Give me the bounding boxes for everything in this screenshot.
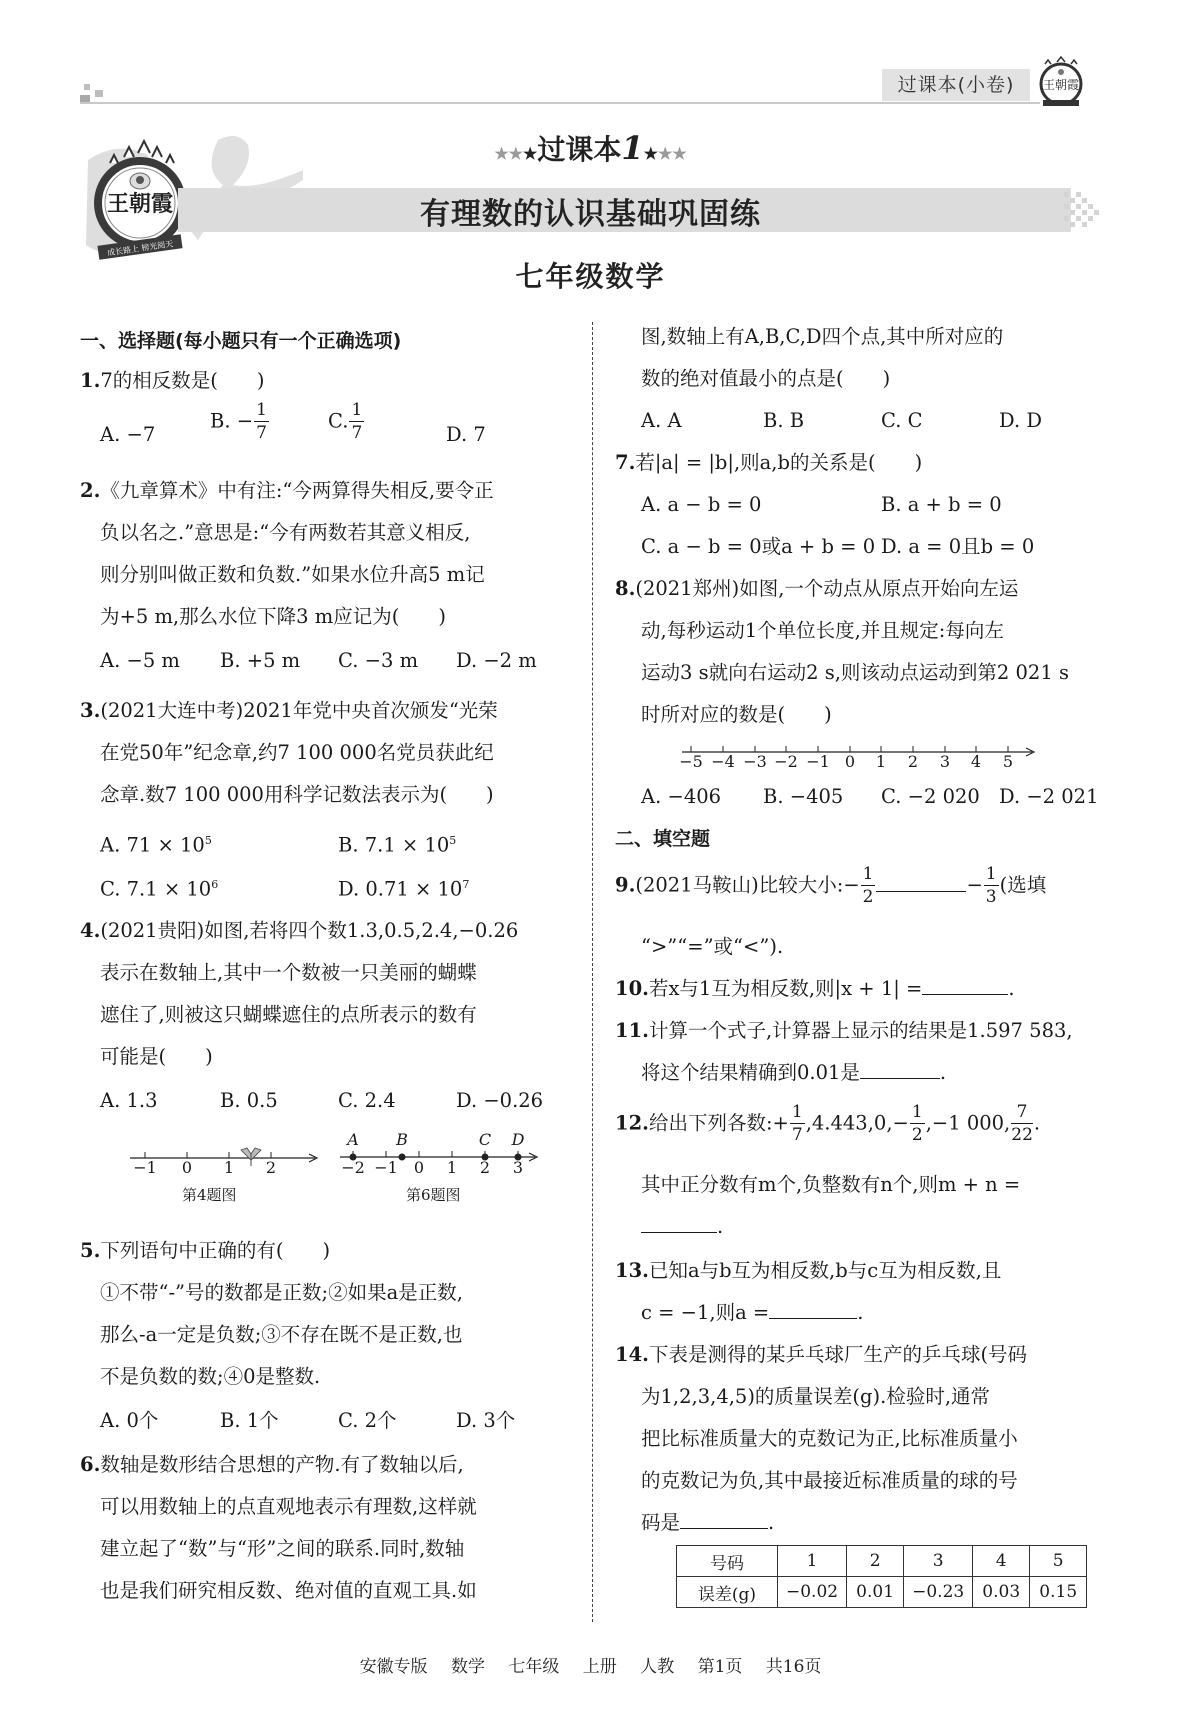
figure-caption: 第4题图 xyxy=(182,1184,237,1205)
series-tag: 过课本(小卷) xyxy=(882,69,1030,101)
header-rule xyxy=(80,102,1040,104)
question-text-line: “>”“=”或“<”). xyxy=(641,926,783,968)
question-6: 6.数轴是数形结合思想的产物.有了数轴以后, xyxy=(80,1444,464,1486)
option-b: B. 7.1 × 105 xyxy=(338,820,456,867)
question-text-line: 负以名之.”意思是:“今有两数若其意义相反, xyxy=(100,512,470,554)
table-cell: 0.03 xyxy=(973,1577,1030,1608)
tick-label: 2 xyxy=(470,1158,500,1177)
question-text-line: 码是. xyxy=(641,1502,774,1544)
option-c: C. 2.4 xyxy=(338,1080,396,1122)
kicker-number: 1 xyxy=(621,129,643,167)
question-13: 13.已知a与b互为相反数,b与c互为相反数,且 xyxy=(615,1250,1001,1292)
decor-square xyxy=(84,84,90,90)
option-d: D. a = 0且b = 0 xyxy=(881,526,1034,568)
table-cell: −0.23 xyxy=(904,1577,973,1608)
question-1: 1.7的相反数是( ) xyxy=(80,360,264,402)
option-b: B. a + b = 0 xyxy=(881,484,1002,526)
question-text-line: 可能是( ) xyxy=(100,1036,213,1078)
tick-label: 5 xyxy=(993,752,1023,771)
tick-label: 1 xyxy=(214,1158,244,1177)
table-cell: 0.01 xyxy=(847,1577,904,1608)
tick-label: 0 xyxy=(172,1158,202,1177)
tick-label: −2 xyxy=(771,752,801,771)
option-d: D. −2 m xyxy=(456,640,537,682)
question-8: 8.(2021郑州)如图,一个动点从原点开始向左运 xyxy=(615,568,1018,610)
option-c: C. −3 m xyxy=(338,640,418,682)
question-text-line: 数的绝对值最小的点是( ) xyxy=(641,358,890,400)
option-a: A. −406 xyxy=(641,776,721,818)
question-text-line: 图,数轴上有A,B,C,D四个点,其中所对应的 xyxy=(641,316,1003,358)
table-cell: 5 xyxy=(1030,1546,1087,1577)
page-title: 有理数的认识基础巩固练 xyxy=(0,189,1181,233)
option-b: B. 0.5 xyxy=(220,1080,278,1122)
question-text: 7的相反数是( ) xyxy=(100,369,264,392)
option-a: A. 1.3 xyxy=(100,1080,158,1122)
section-title-choice: 一、选择题(每小题只有一个正确选项) xyxy=(80,320,401,362)
star-icon: ★ xyxy=(523,144,537,163)
question-3: 3.(2021大连中考)2021年党中央首次颁发“光荣 xyxy=(80,690,498,732)
question-number: 1. xyxy=(80,369,100,392)
table-cell: 1 xyxy=(778,1546,847,1577)
tick-label: −1 xyxy=(371,1158,401,1177)
question-text-line: 为+5 m,那么水位下降3 m应记为( ) xyxy=(100,596,446,638)
answer-blank[interactable] xyxy=(769,1300,857,1319)
question-text-line: 时所对应的数是( ) xyxy=(641,694,832,736)
option-d: D. 0.71 × 107 xyxy=(338,864,469,911)
tick-label: 2 xyxy=(256,1158,286,1177)
option-a: A. a − b = 0 xyxy=(641,484,761,526)
answer-blank[interactable] xyxy=(860,1060,940,1079)
tick-label: 4 xyxy=(961,752,991,771)
option-d: D. −0.26 xyxy=(456,1080,543,1122)
table-row: 误差(g) −0.02 0.01 −0.23 0.03 0.15 xyxy=(677,1577,1087,1608)
question-text-line: 把比标准质量大的克数记为正,比标准质量小 xyxy=(641,1418,1018,1460)
question-2: 2.《九章算术》中有注:“今两算得失相反,要令正 xyxy=(80,470,494,512)
tick-label: −3 xyxy=(740,752,770,771)
answer-blank[interactable] xyxy=(680,1510,768,1529)
question-text-line: 那么-a一定是负数;③不存在既不是正数,也 xyxy=(100,1314,462,1356)
table-cell: −0.02 xyxy=(778,1577,847,1608)
option-c: C. C xyxy=(881,400,923,442)
answer-blank[interactable] xyxy=(641,1214,717,1233)
option-a: A. A xyxy=(641,400,682,442)
table-header-row: 号码 1 2 3 4 5 xyxy=(677,1546,1087,1577)
option-b: B. −17 xyxy=(210,402,270,442)
option-c: C. a − b = 0或a + b = 0 xyxy=(641,526,875,568)
tick-label: −4 xyxy=(708,752,738,771)
option-b: B. −405 xyxy=(763,776,843,818)
error-table: 号码 1 2 3 4 5 误差(g) −0.02 0.01 −0.23 0.03… xyxy=(676,1545,1087,1608)
table-cell: 误差(g) xyxy=(677,1577,778,1608)
question-text-line: 将这个结果精确到0.01是. xyxy=(641,1052,946,1094)
option-c: C.17 xyxy=(328,402,365,442)
option-d: D. −2 021 xyxy=(999,776,1099,818)
tick-label: 1 xyxy=(866,752,896,771)
question-text-line: 遮住了,则被这只蝴蝶遮住的点所表示的数有 xyxy=(100,994,477,1036)
star-icon: ★★ xyxy=(658,144,687,163)
question-text-line: 念章.数7 100 000用科学记数法表示为( ) xyxy=(100,774,494,816)
option-a: A. 0个 xyxy=(100,1400,158,1442)
option-c: C. 2个 xyxy=(338,1400,397,1442)
question-14: 14.下表是测得的某乒乓球厂生产的乒乓球(号码 xyxy=(615,1334,1027,1376)
section-title-fill: 二、填空题 xyxy=(615,818,710,860)
question-text-line: . xyxy=(641,1206,723,1248)
question-text-line: c = −1,则a =. xyxy=(641,1292,863,1334)
question-12: 12.给出下列各数:+17,4.443,0,−12,−1 000,722. xyxy=(615,1104,1040,1144)
point-label-a: A xyxy=(338,1130,368,1149)
decor-square xyxy=(95,90,103,97)
tick-label: 3 xyxy=(930,752,960,771)
answer-blank[interactable] xyxy=(922,976,1008,995)
option-b: B. +5 m xyxy=(220,640,300,682)
tick-label: −1 xyxy=(803,752,833,771)
table-cell: 4 xyxy=(973,1546,1030,1577)
question-text-line: ①不带“-”号的数都是正数;②如果a是正数, xyxy=(100,1272,463,1314)
question-11: 11.计算一个式子,计算器上显示的结果是1.597 583, xyxy=(615,1010,1073,1052)
question-9: 9.(2021马鞍山)比较大小:−12−13(选填 xyxy=(615,866,1046,906)
table-cell: 2 xyxy=(847,1546,904,1577)
star-icon: ★★ xyxy=(494,144,523,163)
tick-label: 2 xyxy=(898,752,928,771)
tick-label: −2 xyxy=(338,1158,368,1177)
question-7: 7.若|a| = |b|,则a,b的关系是( ) xyxy=(615,442,922,484)
option-b: B. B xyxy=(763,400,804,442)
question-10: 10.若x与1互为相反数,则|x + 1| =. xyxy=(615,968,1015,1010)
question-5: 5.下列语句中正确的有( ) xyxy=(80,1230,330,1272)
table-cell: 号码 xyxy=(677,1546,778,1577)
tick-label: −1 xyxy=(130,1158,160,1177)
question-4: 4.(2021贵阳)如图,若将四个数1.3,0.5,2.4,−0.26 xyxy=(80,910,518,952)
table-cell: 3 xyxy=(904,1546,973,1577)
page-subtitle: 七年级数学 xyxy=(0,255,1181,295)
page-footer: 安徽专版 数学 七年级 上册 人教 第1页 共16页 xyxy=(0,1652,1181,1677)
table-cell: 0.15 xyxy=(1030,1577,1087,1608)
question-text-line: 在党50年”纪念章,约7 100 000名党员获此纪 xyxy=(100,732,494,774)
star-icon: ★ xyxy=(644,144,658,163)
question-text-line: 其中正分数有m个,负整数有n个,则m + n = xyxy=(641,1164,1020,1206)
option-c: C. −2 020 xyxy=(881,776,980,818)
option-a: A. 71 × 105 xyxy=(100,820,212,867)
brand-logo-small-icon: 王朝霞 xyxy=(1035,56,1087,112)
point-label-b: B xyxy=(387,1130,417,1149)
svg-text:王朝霞: 王朝霞 xyxy=(1043,77,1079,92)
question-text-line: 运动3 s就向右运动2 s,则该动点运动到第2 021 s xyxy=(641,652,1069,694)
tick-label: −5 xyxy=(676,752,706,771)
tick-label: 0 xyxy=(835,752,865,771)
tick-label: 0 xyxy=(404,1158,434,1177)
option-a: A. −5 m xyxy=(100,640,180,682)
question-text-line: 的克数记为负,其中最接近标准质量的球的号 xyxy=(641,1460,1018,1502)
question-text-line: 不是负数的数;④0是整数. xyxy=(100,1356,320,1398)
point-label-d: D xyxy=(503,1130,533,1149)
column-divider xyxy=(592,322,593,1622)
tick-label: 1 xyxy=(437,1158,467,1177)
figure-caption: 第6题图 xyxy=(406,1184,461,1205)
question-text-line: 可以用数轴上的点直观地表示有理数,这样就 xyxy=(100,1486,477,1528)
question-text-line: 动,每秒运动1个单位长度,并且规定:每向左 xyxy=(641,610,1004,652)
question-text-line: 也是我们研究相反数、绝对值的直观工具.如 xyxy=(100,1570,477,1612)
option-d: D. 7 xyxy=(446,414,486,456)
option-b: B. 1个 xyxy=(220,1400,279,1442)
option-a: A. −7 xyxy=(100,414,155,456)
kicker-text: 过课本 xyxy=(537,133,621,166)
option-d: D. D xyxy=(999,400,1042,442)
option-d: D. 3个 xyxy=(456,1400,515,1442)
tick-label: 3 xyxy=(503,1158,533,1177)
point-label-c: C xyxy=(470,1130,500,1149)
question-text-line: 为1,2,3,4,5)的质量误差(g).检验时,通常 xyxy=(641,1376,990,1418)
question-text-line: 建立起了“数”与“形”之间的联系.同时,数轴 xyxy=(100,1528,464,1570)
question-text-line: 表示在数轴上,其中一个数被一只美丽的蝴蝶 xyxy=(100,952,477,994)
question-text-line: 则分别叫做正数和负数.”如果水位升高5 m记 xyxy=(100,554,485,596)
option-c: C. 7.1 × 106 xyxy=(100,864,218,911)
kicker: ★★★过课本1★★★ xyxy=(0,128,1181,168)
